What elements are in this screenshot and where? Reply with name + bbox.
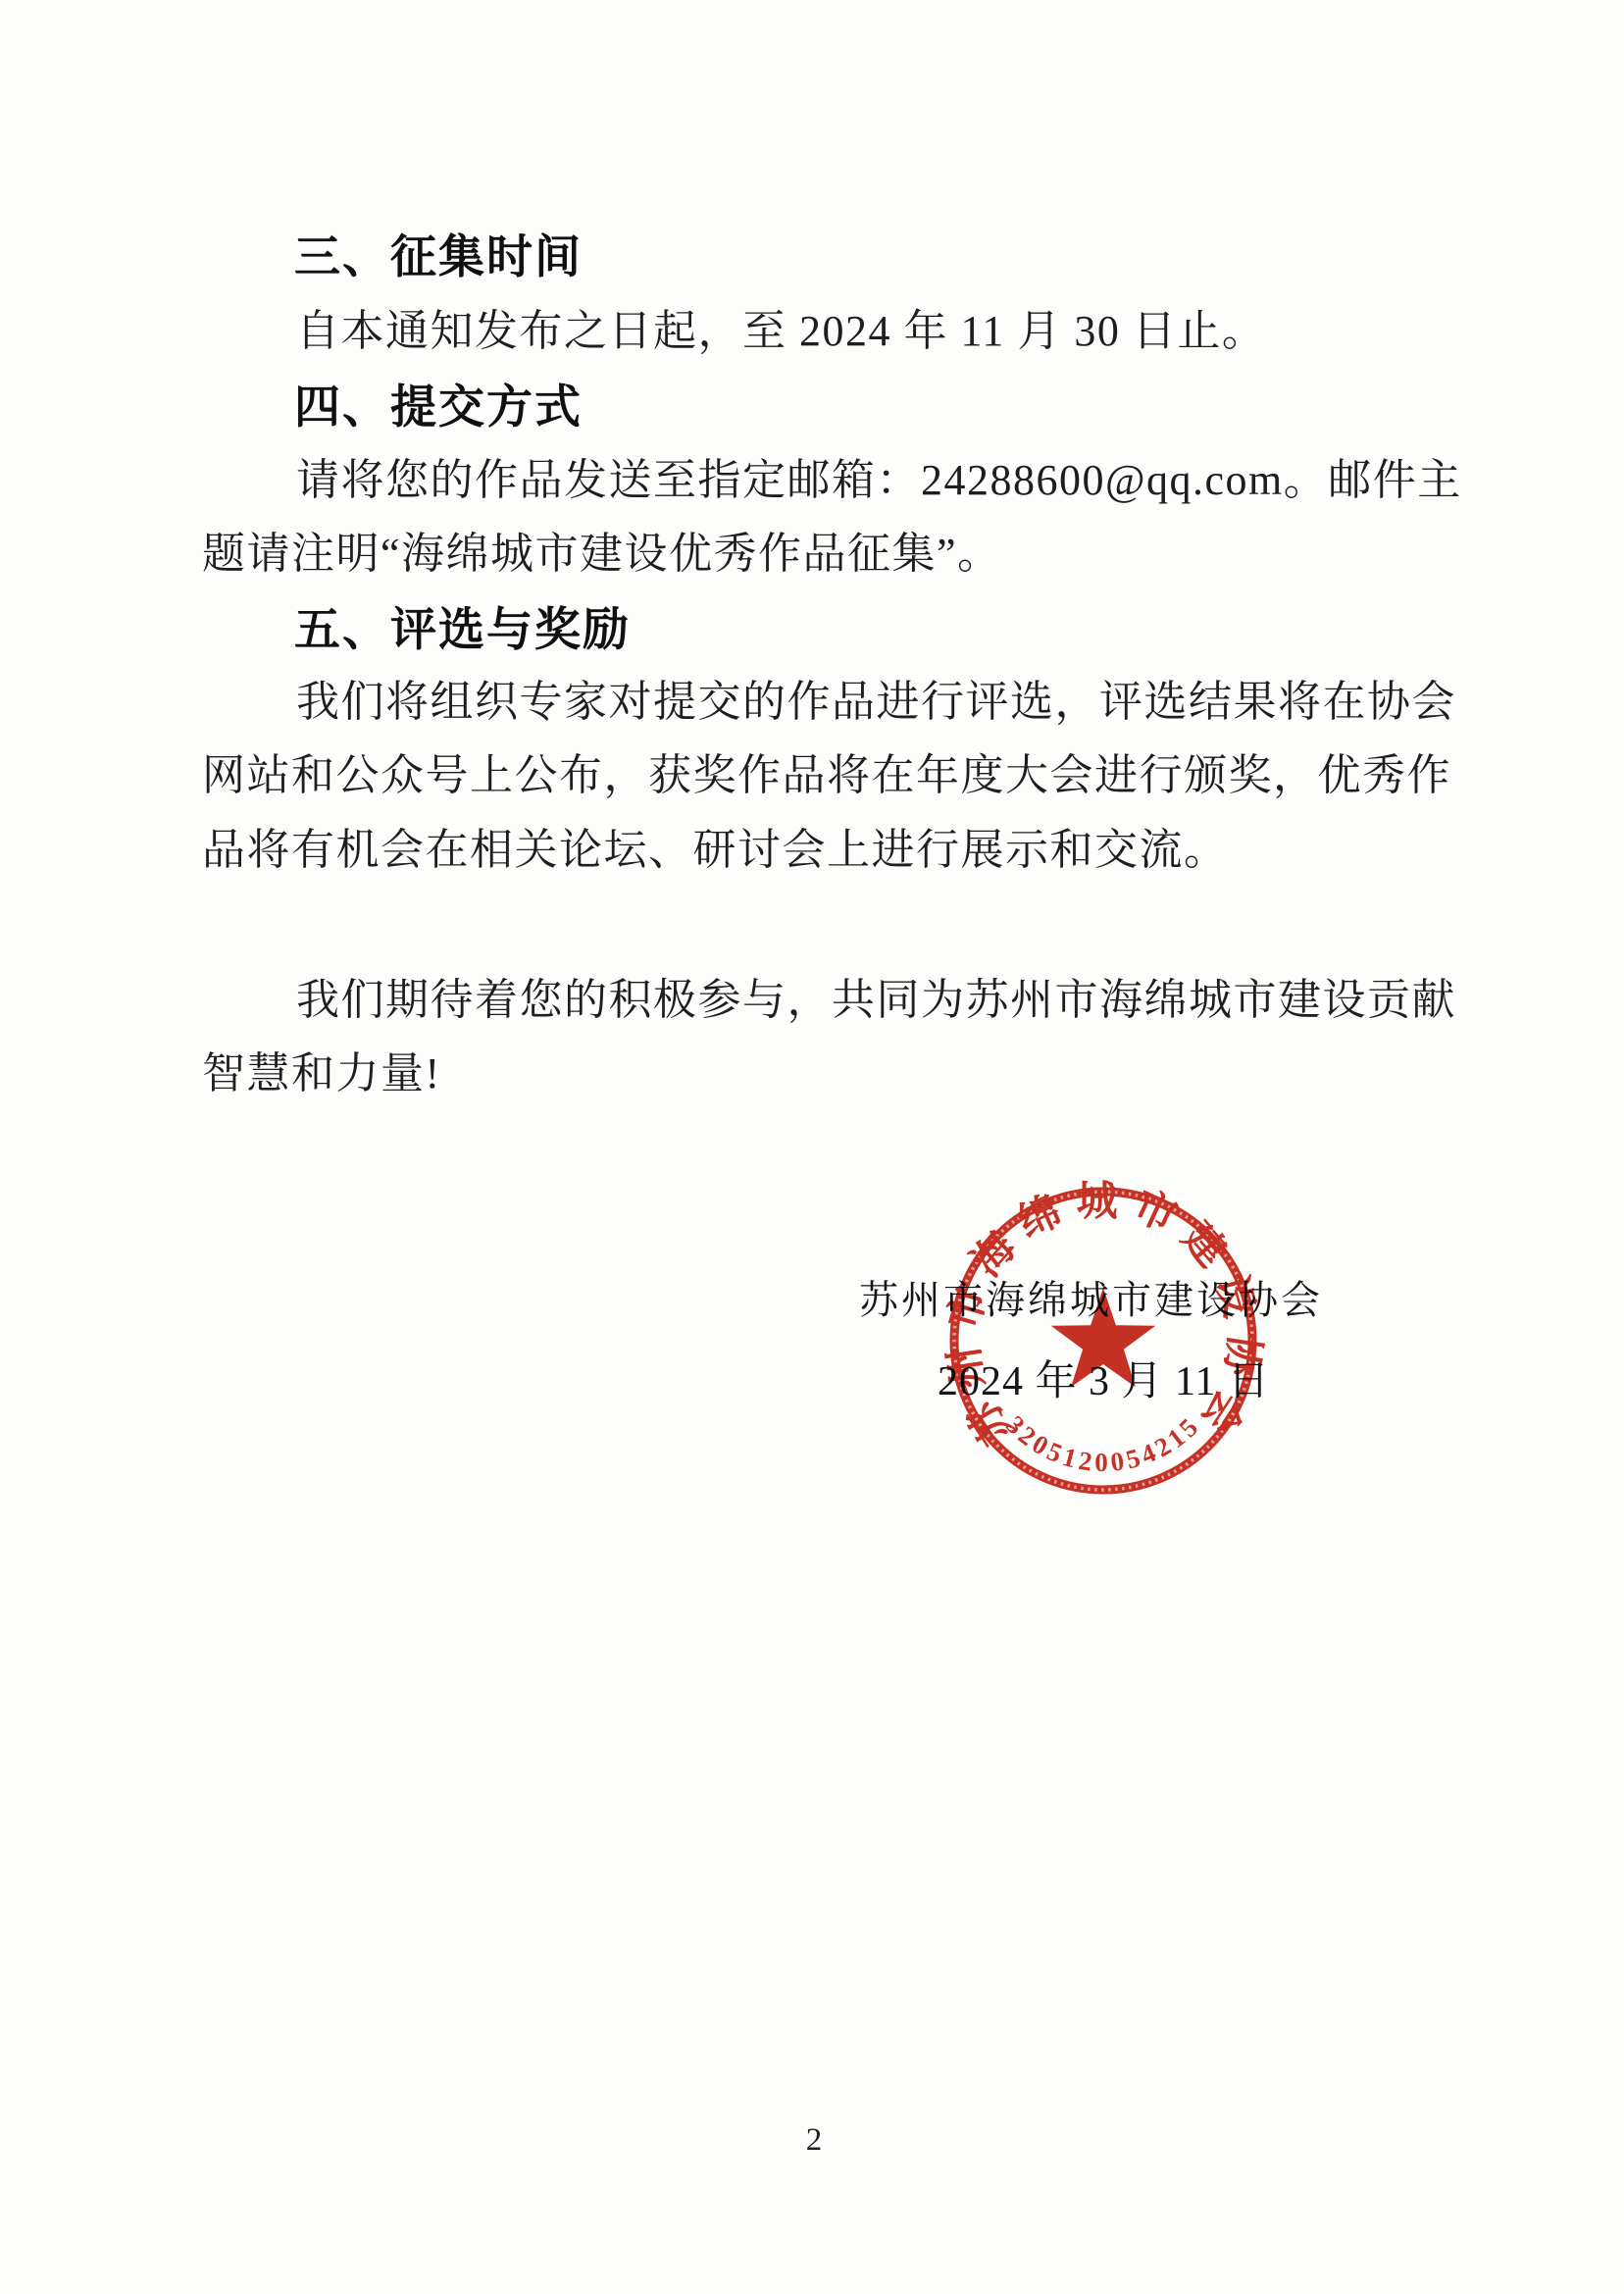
section-heading-evaluation-awards: 五、评选与奖励	[294, 606, 631, 652]
page-number: 2	[785, 2124, 843, 2157]
closing-line: 我们期待着您的积极参与，共同为苏州市海绵城市建设贡献	[296, 979, 1456, 1022]
official-seal-stamp: 苏州市海绵城市建设协会 3205120054215	[927, 1164, 1280, 1517]
signature-organization: 苏州市海绵城市建设协会	[859, 1281, 1323, 1320]
closing-line: 智慧和力量!	[202, 1052, 441, 1096]
document-page: 三、征集时间 自本通知发布之日起，至 2024 年 11 月 30 日止。 四、…	[0, 0, 1624, 2294]
signature-date: 2024 年 3 月 11 日	[938, 1361, 1270, 1402]
body-line: 自本通知发布之日起，至 2024 年 11 月 30 日止。	[296, 310, 1266, 353]
body-line: 题请注明“海绵城市建设优秀作品征集”。	[202, 533, 1002, 576]
body-line: 请将您的作品发送至指定邮箱：24288600@qq.com。邮件主	[296, 459, 1462, 502]
section-heading-submission-method: 四、提交方式	[294, 383, 583, 430]
body-line: 品将有机会在相关论坛、研讨会上进行展示和交流。	[202, 829, 1229, 872]
body-line: 网站和公众号上公布，获奖作品将在年度大会进行颁奖，优秀作	[202, 754, 1451, 797]
section-heading-collection-time: 三、征集时间	[294, 233, 583, 280]
body-line: 我们将组织专家对提交的作品进行评选，评选结果将在协会	[296, 681, 1456, 724]
